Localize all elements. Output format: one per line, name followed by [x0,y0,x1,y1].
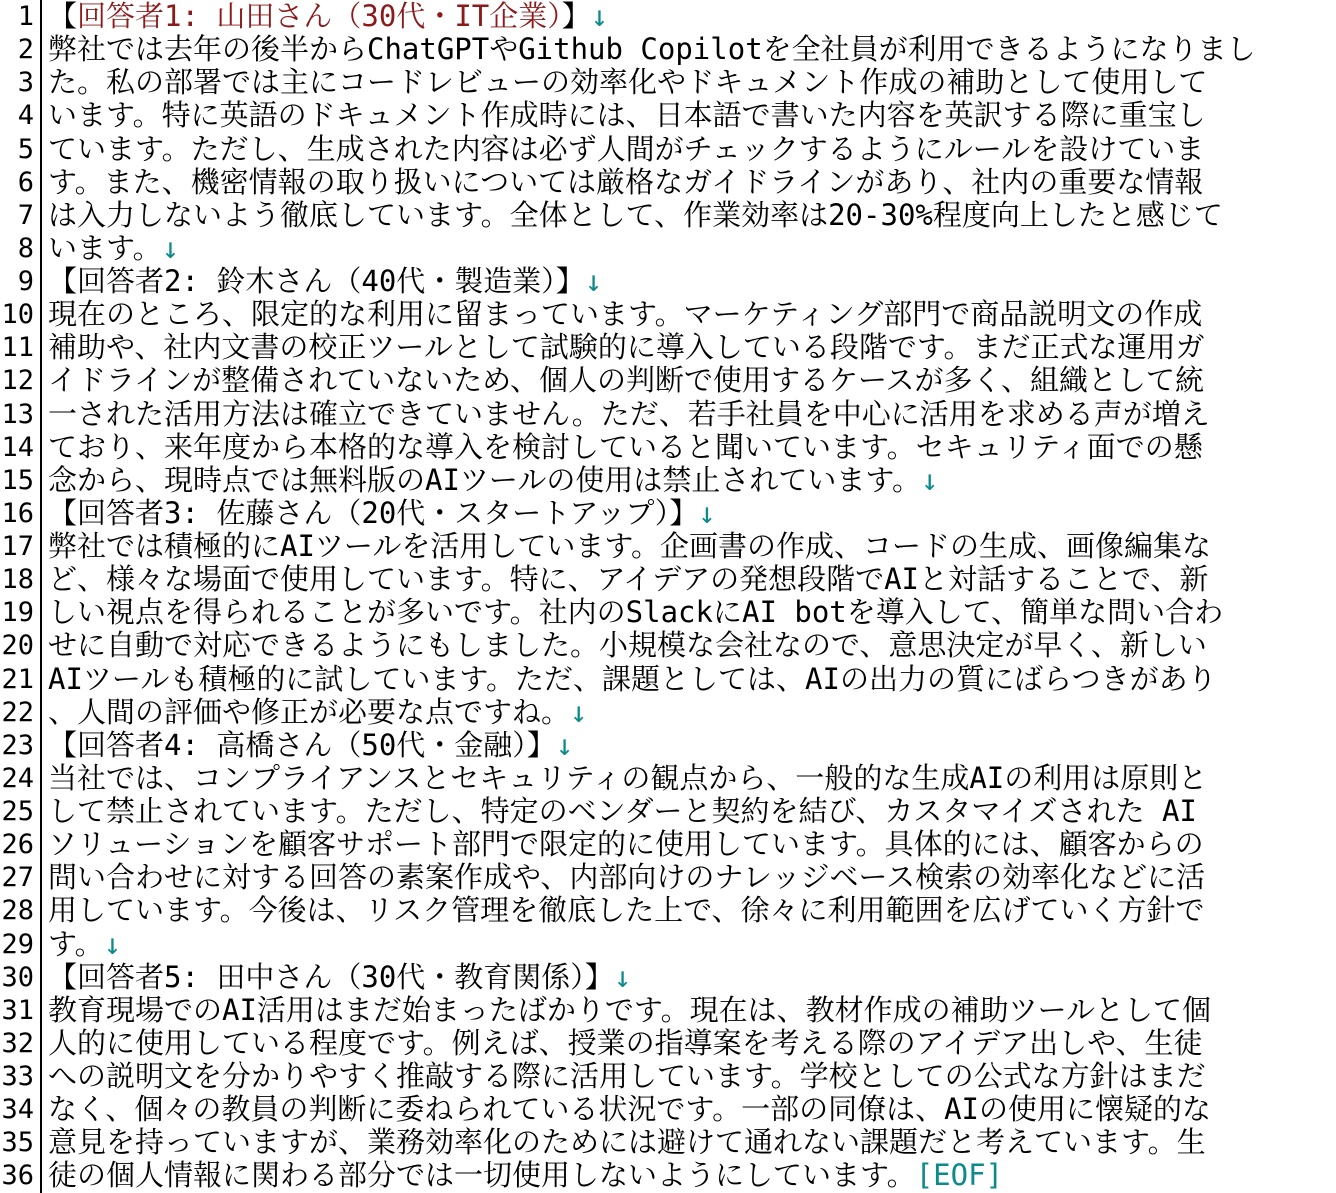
text-line: す。↓ [48,928,1336,961]
line-number: 26 [0,828,34,861]
line-number: 17 [0,530,34,563]
text-segment: 補助や、社内文書の校正ツールとして試験的に導入している段階です。まだ正式な運用ガ [48,330,1205,364]
text-line: 当社では、コンプライアンスとセキュリティの観点から、一般的な生成AIの利用は原則… [48,762,1336,795]
newline-mark: ↓ [698,496,715,530]
text-segment: しい視点を得られることが多いです。社内のSlackにAI botを導入して、簡単… [48,595,1223,629]
text-segment: なく、個々の教員の判断に委ねられている状況です。一部の同僚は、AIの使用に懐疑的… [48,1092,1211,1126]
text-line: 【回答者3: 佐藤さん（20代・スタートアップ）】↓ [48,497,1336,530]
text-segment: 現在のところ、限定的な利用に留まっています。マーケティング部門で商品説明文の作成 [48,297,1202,331]
text-line: 問い合わせに対する回答の素案作成や、内部向けのナレッジベース検索の効率化などに活 [48,861,1336,894]
line-number: 4 [0,99,34,132]
text-line: せに自動で対応できるようにもしました。小規模な会社なので、意思決定が早く、新しい [48,629,1336,662]
line-number: 16 [0,497,34,530]
text-segment: せに自動で対応できるようにもしました。小規模な会社なので、意思決定が早く、新しい [48,628,1207,662]
text-line: は入力しないよう徹底しています。全体として、作業効率は20-30%程度向上したと… [48,199,1336,232]
text-line: 教育現場でのAI活用はまだ始まったばかりです。現在は、教材作成の補助ツールとして… [48,994,1336,1027]
text-line: 徒の個人情報に関わる部分では一切使用しないようにしています。[EOF] [48,1159,1336,1192]
text-segment: 弊社では積極的にAIツールを活用しています。企画書の作成、コードの生成、画像編集… [48,529,1211,563]
text-segment: 【回答者5: 田中さん（30代・教育関係）】 [48,960,614,994]
newline-mark: ↓ [921,463,938,497]
text-line: 現在のところ、限定的な利用に留まっています。マーケティング部門で商品説明文の作成 [48,298,1336,331]
newline-mark: ↓ [556,728,573,762]
line-number: 15 [0,464,34,497]
line-number: 32 [0,1027,34,1060]
line-number: 35 [0,1126,34,1159]
text-segment: ソリューションを顧客サポート部門で限定的に使用しています。具体的には、顧客からの [48,827,1204,861]
text-segment: 当社では、コンプライアンスとセキュリティの観点から、一般的な生成AIの利用は原則… [48,761,1207,795]
text-segment: への説明文を分かりやすく推敲する際に活用しています。学校としての公式な方針はまだ [48,1059,1206,1093]
line-number: 13 [0,398,34,431]
text-line: ど、様々な場面で使用しています。特に、アイデアの発想段階でAIと対話することで、… [48,563,1336,596]
line-number-gutter: 1234567891011121314151617181920212223242… [0,0,42,1193]
text-segment: す。 [48,927,104,961]
line-number: 23 [0,729,34,762]
text-line: 、人間の評価や修正が必要な点ですね。↓ [48,696,1336,729]
newline-mark: ↓ [162,231,179,265]
text-segment: 問い合わせに対する回答の素案作成や、内部向けのナレッジベース検索の効率化などに活 [48,860,1205,894]
text-segment: 人的に使用している程度です。例えば、授業の指導案を考える際のアイデア出しや、生徒 [48,1026,1203,1060]
text-segment: ど、様々な場面で使用しています。特に、アイデアの発想段階でAIと対話することで、… [48,562,1208,596]
line-number: 6 [0,166,34,199]
line-number: 33 [0,1060,34,1093]
text-segment: 【回答者3: 佐藤さん（20代・スタートアップ）】 [48,496,698,530]
line-number: 22 [0,696,34,729]
line-number: 11 [0,331,34,364]
newline-mark: ↓ [585,264,602,298]
text-line: た。私の部署では主にコードレビューの効率化やドキュメント作成の補助として使用して [48,66,1336,99]
line-number: 1 [0,0,34,33]
text-segment: 【回答者4: 高橋さん（50代・金融）】 [48,728,556,762]
newline-mark: ↓ [614,960,631,994]
text-line: 【回答者4: 高橋さん（50代・金融）】↓ [48,729,1336,762]
text-line: して禁止されています。ただし、特定のベンダーと契約を結び、カスタマイズされた A… [48,795,1336,828]
text-line: 【回答者5: 田中さん（30代・教育関係）】↓ [48,961,1336,994]
text-line: しい視点を得られることが多いです。社内のSlackにAI botを導入して、簡単… [48,596,1336,629]
text-line: す。また、機密情報の取り扱いについては厳格なガイドラインがあり、社内の重要な情報 [48,166,1336,199]
text-segment: た。私の部署では主にコードレビューの効率化やドキュメント作成の補助として使用して [48,65,1207,99]
text-line: 補助や、社内文書の校正ツールとして試験的に導入している段階です。まだ正式な運用ガ [48,331,1336,364]
text-line: 【回答者2: 鈴木さん（40代・製造業）】↓ [48,265,1336,298]
text-segment: 教育現場でのAI活用はまだ始まったばかりです。現在は、教材作成の補助ツールとして… [48,993,1211,1027]
line-number: 36 [0,1159,34,1192]
line-number: 18 [0,563,34,596]
text-segment: 【回答者2: 鈴木さん（40代・製造業）】 [48,264,585,298]
line-number: 21 [0,663,34,696]
text-line: 一された活用方法は確立できていません。ただ、若手社員を中心に活用を求める声が増え [48,398,1336,431]
line-number: 5 [0,133,34,166]
text-line: なく、個々の教員の判断に委ねられている状況です。一部の同僚は、AIの使用に懐疑的… [48,1093,1336,1126]
line-number: 31 [0,994,34,1027]
text-segment: います。 [48,231,162,265]
text-segment: ており、来年度から本格的な導入を検討していると聞いています。セキュリティ面での懸 [48,430,1203,464]
text-line: ソリューションを顧客サポート部門で限定的に使用しています。具体的には、顧客からの [48,828,1336,861]
text-line: います。特に英語のドキュメント作成時には、日本語で書いた内容を英訳する際に重宝し [48,99,1336,132]
text-segment: 一された活用方法は確立できていません。ただ、若手社員を中心に活用を求める声が増え [48,397,1210,431]
line-number: 20 [0,629,34,662]
text-segment: います。特に英語のドキュメント作成時には、日本語で書いた内容を英訳する際に重宝し [48,98,1206,132]
text-line: 意見を持っていますが、業務効率化のためには避けて通れない課題だと考えています。生 [48,1126,1336,1159]
line-number: 19 [0,596,34,629]
text-segment: 】 [562,0,591,33]
line-number: 3 [0,66,34,99]
eof-mark: [EOF] [916,1158,1003,1192]
text-segment: ています。ただし、生成された内容は必ず人間がチェックするようにルールを設けていま [48,132,1204,166]
text-line: います。↓ [48,232,1336,265]
line-number: 30 [0,961,34,994]
line-number: 8 [0,232,34,265]
line-number: 28 [0,894,34,927]
text-segment: イドラインが整備されていないため、個人の判断で使用するケースが多く、組織として統 [48,363,1204,397]
text-line: ています。ただし、生成された内容は必ず人間がチェックするようにルールを設けていま [48,133,1336,166]
text-line: 念から、現時点では無料版のAIツールの使用は禁止されています。↓ [48,464,1336,497]
text-segment: 、人間の評価や修正が必要な点ですね。 [48,695,570,729]
text-segment: 用しています。今後は、リスク管理を徹底した上で、徐々に利用範囲を広げていく方針で [48,893,1205,927]
newline-mark: ↓ [104,927,121,961]
text-line: 用しています。今後は、リスク管理を徹底した上で、徐々に利用範囲を広げていく方針で [48,894,1336,927]
text-line: への説明文を分かりやすく推敲する際に活用しています。学校としての公式な方針はまだ [48,1060,1336,1093]
respondent-header-text: 回答者1: 山田さん（30代・IT企業） [77,0,562,33]
line-number: 29 [0,928,34,961]
text-segment: 徒の個人情報に関わる部分では一切使用しないようにしています。 [48,1158,916,1192]
text-line: ており、来年度から本格的な導入を検討していると聞いています。セキュリティ面での懸 [48,431,1336,464]
line-number: 10 [0,298,34,331]
line-number: 24 [0,762,34,795]
text-line: 弊社では去年の後半からChatGPTやGithub Copilotを全社員が利用… [48,33,1336,66]
text-line: 【回答者1: 山田さん（30代・IT企業）】↓ [48,0,1336,33]
text-segment: して禁止されています。ただし、特定のベンダーと契約を結び、カスタマイズされた A… [48,794,1197,828]
text-line: AIツールも積極的に試しています。ただ、課題としては、AIの出力の質にばらつきが… [48,663,1336,696]
text-segment: 意見を持っていますが、業務効率化のためには避けて通れない課題だと考えています。生 [48,1125,1206,1159]
line-number: 12 [0,364,34,397]
text-segment: 念から、現時点では無料版のAIツールの使用は禁止されています。 [48,463,921,497]
text-line: 弊社では積極的にAIツールを活用しています。企画書の作成、コードの生成、画像編集… [48,530,1336,563]
line-number: 25 [0,795,34,828]
line-number: 34 [0,1093,34,1126]
line-number: 9 [0,265,34,298]
line-number: 14 [0,431,34,464]
text-segment: 【 [48,0,77,33]
text-segment: 弊社では去年の後半からChatGPTやGithub Copilotを全社員が利用… [48,32,1256,66]
newline-mark: ↓ [570,695,587,729]
text-segment: は入力しないよう徹底しています。全体として、作業効率は20-30%程度向上したと… [48,198,1223,232]
text-segment: す。また、機密情報の取り扱いについては厳格なガイドラインがあり、社内の重要な情報 [48,165,1203,199]
text-segment: AIツールも積極的に試しています。ただ、課題としては、AIの出力の質にばらつきが… [48,662,1217,696]
text-file-viewer: 1234567891011121314151617181920212223242… [0,0,1336,1193]
newline-mark: ↓ [591,0,608,33]
line-number: 2 [0,33,34,66]
line-number: 7 [0,199,34,232]
text-content[interactable]: 【回答者1: 山田さん（30代・IT企業）】↓弊社では去年の後半からChatGP… [42,0,1336,1193]
line-number: 27 [0,861,34,894]
text-line: イドラインが整備されていないため、個人の判断で使用するケースが多く、組織として統 [48,364,1336,397]
text-line: 人的に使用している程度です。例えば、授業の指導案を考える際のアイデア出しや、生徒 [48,1027,1336,1060]
